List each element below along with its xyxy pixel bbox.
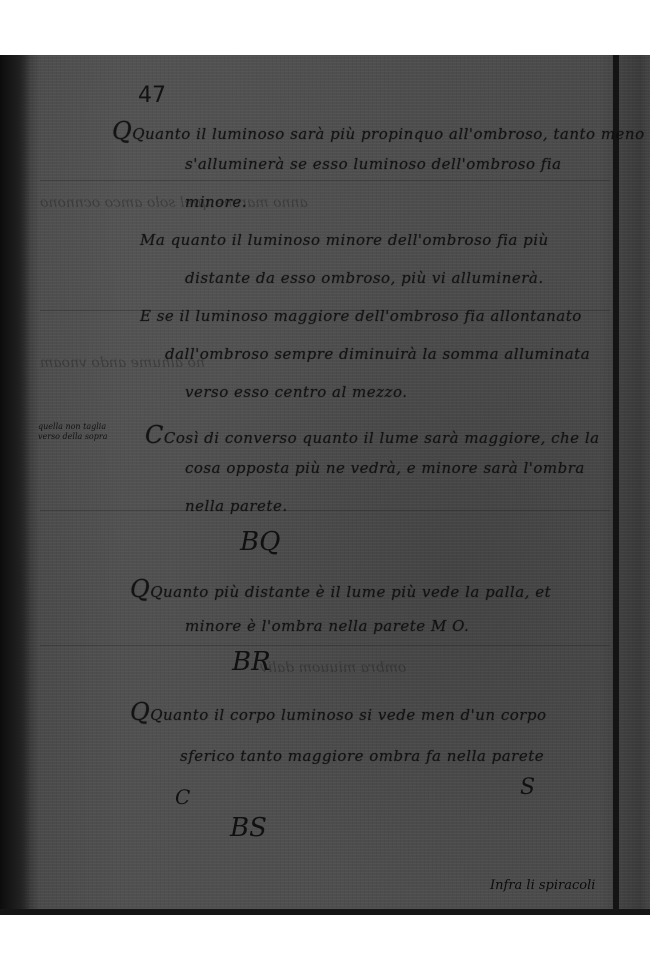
section-marker-bq: BQ bbox=[240, 527, 280, 557]
text-line-2: s'alluminerà se esso luminoso dell'ombro… bbox=[185, 155, 562, 173]
text-line-9: CCosì di converso quanto il lume sarà ma… bbox=[145, 421, 600, 449]
text-line-15: sferico tanto maggiore ombra fa nella pa… bbox=[180, 747, 544, 765]
paper-texture bbox=[0, 55, 650, 915]
text-line-7: dall'ombroso sempre diminuirà la somma a… bbox=[165, 345, 590, 363]
text-line-5: distante da esso ombroso, più vi allumin… bbox=[185, 269, 544, 287]
text-line-8: verso esso centro al mezzo. bbox=[185, 383, 407, 401]
text-line-10: cosa opposta più ne vedrà, e minore sarà… bbox=[185, 459, 585, 477]
margin-note: quella non taglia verso della sopra bbox=[38, 422, 107, 442]
figure-label-s: S bbox=[520, 775, 535, 800]
signature: Infra li spiracoli bbox=[490, 878, 595, 893]
bleed-through-text: anno marcne quel solo amco ocnnono bbox=[40, 195, 308, 211]
binding-shadow bbox=[0, 55, 30, 915]
ruled-line bbox=[40, 645, 610, 646]
text-line-11: nella parete. bbox=[185, 497, 288, 515]
text-line-12: QQuanto più distante è il lume più vede … bbox=[130, 575, 551, 603]
text-line-6: E se il luminoso maggiore dell'ombroso f… bbox=[140, 307, 582, 325]
text-line-4: Ma quanto il luminoso minore dell'ombros… bbox=[140, 231, 549, 249]
text-line-1: QQuanto il luminoso sarà più propinquo a… bbox=[112, 117, 645, 145]
figure-label-c: C bbox=[175, 785, 190, 809]
text-line-13: minore è l'ombra nella parete M O. bbox=[185, 617, 469, 635]
page-bottom-edge bbox=[0, 909, 650, 915]
page-edge-line bbox=[613, 55, 619, 915]
manuscript-scan: anno marcne quel solo amco ocnnono no al… bbox=[0, 55, 650, 915]
text-line-14: QQuanto il corpo luminoso si vede men d'… bbox=[130, 698, 547, 726]
ruled-line bbox=[40, 510, 610, 511]
page-number: 47 bbox=[138, 83, 166, 108]
section-marker-br: BR bbox=[232, 647, 271, 677]
ruled-line bbox=[40, 180, 610, 181]
text-line-3: minore. bbox=[185, 193, 247, 211]
bleed-through-text: ombra miuuom daliv bbox=[260, 660, 406, 676]
section-marker-bs: BS bbox=[230, 813, 267, 843]
